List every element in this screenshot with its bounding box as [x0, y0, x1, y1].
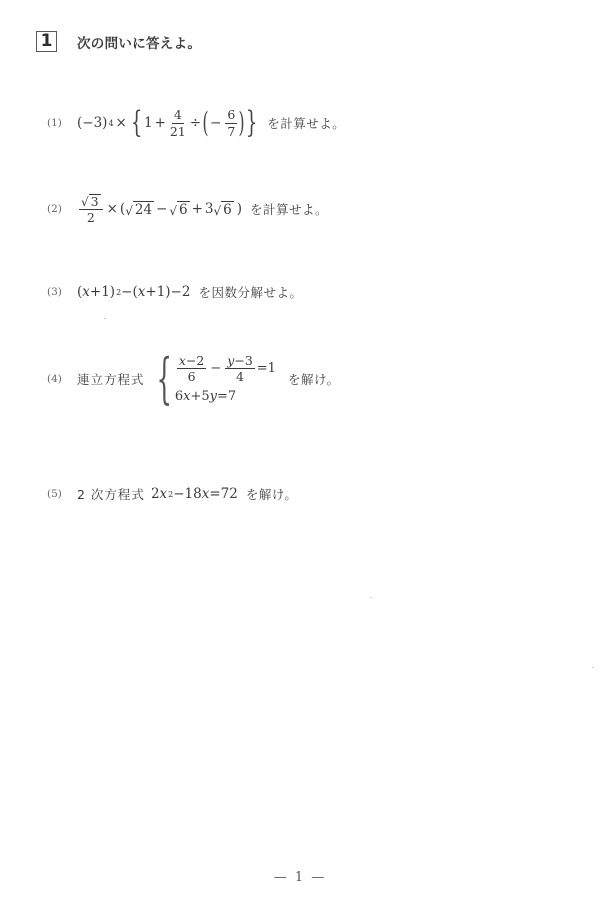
problem-2: (2) √3 2 × ( √24 − √6 + 3 √6 ) を計算せよ。	[47, 194, 328, 224]
problem-number: (2)	[47, 203, 77, 215]
denominator: 6	[188, 369, 196, 383]
question-number-box: 1	[36, 31, 57, 52]
problem-2-instruction: を計算せよ。	[250, 200, 328, 218]
coefficient: 6	[175, 389, 183, 404]
denominator: 21	[170, 124, 186, 138]
radical-icon: √	[81, 196, 89, 209]
brace-close: }	[246, 108, 257, 138]
radicand: 24	[133, 201, 154, 218]
problem-1-expression: (−3)4 × { 1 + 4 21 ÷ ( − 6 7 ) }	[77, 108, 259, 138]
problem-1: (1) (−3)4 × { 1 + 4 21 ÷ ( − 6 7 ) } を計算…	[47, 108, 345, 138]
num-rest: −2	[186, 353, 204, 368]
sqrt-24: √24	[125, 201, 154, 218]
exam-page: 1 次の問いに答えよ。 (1) (−3)4 × { 1 + 4 21 ÷ ( −…	[0, 0, 600, 900]
problem-5-prefix: 2 次方程式	[77, 485, 145, 503]
problem-4: (4) 連立方程式 { x−2 6 − y−3 4 =1	[47, 352, 339, 406]
numerator: 4	[172, 108, 184, 123]
paren-close: )	[237, 201, 242, 217]
system-lines: x−2 6 − y−3 4 =1 6x+5y=7	[175, 354, 276, 404]
sqrt-6: √6	[214, 201, 234, 218]
equation-2: 6x+5y=7	[175, 389, 276, 404]
term-rest: +1)−2	[145, 284, 190, 300]
coefficient: 2	[151, 486, 160, 502]
problem-5-expression: 2x2−18x=72	[151, 486, 238, 502]
scan-speck	[592, 667, 594, 668]
num-rest: −3	[234, 353, 252, 368]
base: (−3)	[77, 115, 107, 131]
rhs: =7	[217, 389, 236, 404]
problem-2-expression: √3 2 × ( √24 − √6 + 3 √6 )	[77, 194, 242, 224]
radicand: 6	[221, 201, 234, 218]
denominator: 2	[87, 210, 95, 224]
radicand: 3	[89, 194, 101, 208]
exponent: 4	[108, 119, 113, 128]
variable-x: x	[82, 284, 90, 300]
equation-system: { x−2 6 − y−3 4 =1 6x+5y=7	[151, 352, 276, 406]
problem-5: (5) 2 次方程式 2x2−18x=72 を解け。	[47, 485, 297, 503]
page-number: — 1 —	[0, 870, 600, 885]
brace-open: {	[131, 108, 142, 138]
variable-x: x	[202, 486, 210, 502]
variable-y: y	[210, 389, 217, 404]
radical-icon: √	[125, 204, 133, 218]
problem-number: (3)	[47, 286, 77, 298]
term-open: −(	[121, 284, 138, 300]
scan-speck	[104, 318, 106, 319]
problem-4-prefix: 連立方程式	[77, 370, 145, 388]
equation-1: x−2 6 − y−3 4 =1	[175, 354, 276, 383]
problem-3-instruction: を因数分解せよ。	[198, 283, 302, 301]
problem-number: (1)	[47, 117, 77, 129]
question-instruction: 次の問いに答えよ。	[77, 32, 201, 52]
question-header: 1 次の問いに答えよ。	[36, 31, 201, 52]
fraction-4-21: 4 21	[170, 108, 186, 137]
radicand: 6	[177, 201, 190, 218]
numerator: √3	[79, 194, 103, 210]
rhs: =72	[209, 486, 238, 502]
term-rest: +1)	[90, 284, 115, 300]
problem-number: (4)	[47, 373, 77, 385]
variable-x: x	[183, 389, 190, 404]
plus-operator: +	[155, 115, 166, 131]
radical-icon: √	[169, 204, 177, 218]
times-operator: ×	[107, 201, 118, 217]
problem-number: (5)	[47, 488, 77, 500]
variable-x: x	[179, 353, 186, 368]
denominator: 4	[236, 369, 244, 383]
rhs: =1	[257, 361, 276, 376]
minus-sign: −	[210, 115, 221, 131]
variable-x: x	[138, 284, 146, 300]
middle-term: −18	[173, 486, 202, 502]
sqrt: √3	[81, 194, 101, 208]
plus-term: +5	[191, 389, 210, 404]
radical-icon: √	[214, 204, 222, 218]
paren-close: )	[239, 109, 245, 137]
problem-5-instruction: を解け。	[246, 485, 298, 503]
scan-speck	[370, 597, 372, 598]
variable-x: x	[160, 486, 168, 502]
fraction-sqrt3-over-2: √3 2	[79, 194, 103, 224]
problem-3: (3) (x+1)2−(x+1)−2 を因数分解せよ。	[47, 283, 302, 301]
coefficient: 3	[205, 201, 214, 217]
denominator: 7	[227, 124, 235, 138]
numerator: y−3	[225, 354, 255, 369]
sqrt-6: √6	[169, 201, 189, 218]
numerator: x−2	[177, 354, 207, 369]
minus-operator: −	[156, 201, 167, 217]
times-operator: ×	[116, 115, 127, 131]
problem-3-expression: (x+1)2−(x+1)−2	[77, 284, 190, 300]
fraction-y-minus-3-over-4: y−3 4	[225, 354, 255, 383]
problem-4-instruction: を解け。	[288, 370, 340, 388]
term-one: 1	[144, 115, 153, 131]
plus-operator: +	[192, 201, 203, 217]
problem-1-instruction: を計算せよ。	[267, 114, 345, 132]
numerator: 6	[225, 108, 237, 123]
minus-operator: −	[210, 361, 221, 376]
fraction-6-7: 6 7	[225, 108, 237, 137]
paren-open: (	[203, 109, 209, 137]
system-brace-icon: {	[156, 352, 171, 406]
divide-operator: ÷	[190, 115, 201, 131]
fraction-x-minus-2-over-6: x−2 6	[177, 354, 207, 383]
